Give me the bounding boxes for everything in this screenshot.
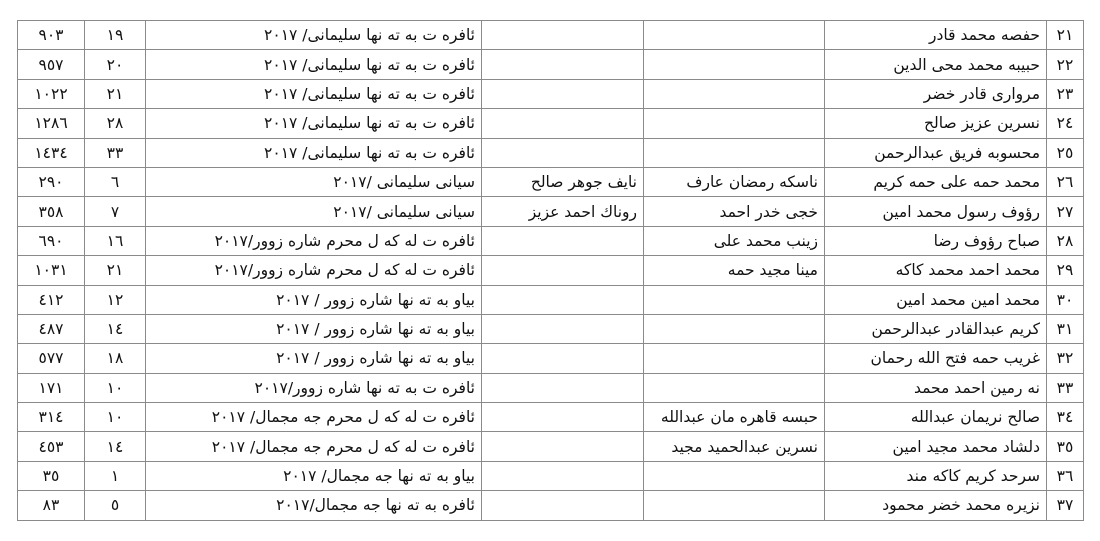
companion-2-cell xyxy=(482,79,644,108)
name-cell: محمد امين محمد امين xyxy=(825,285,1047,314)
table-row: ٤٥٣ ١٤ ئافره ت له كه ل محرم جه مجمال/ ٢٠… xyxy=(18,432,1084,461)
total-cell: ٣٥ xyxy=(18,461,85,490)
table-row: ١٢٨٦ ٢٨ ئافره ت به ته نها سليمانى/ ٢٠١٧ … xyxy=(18,109,1084,138)
companion-1-cell xyxy=(644,50,825,79)
companion-2-cell xyxy=(482,461,644,490)
row-number-cell: ٣٠ xyxy=(1047,285,1084,314)
total-cell: ١٢٨٦ xyxy=(18,109,85,138)
location-cell: ئافره ت له كه ل محرم شاره زوور/٢٠١٧ xyxy=(146,256,482,285)
table-row: ١٠٢٢ ٢١ ئافره ت به ته نها سليمانى/ ٢٠١٧ … xyxy=(18,79,1084,108)
row-number-cell: ٣٧ xyxy=(1047,491,1084,520)
location-cell: ئافره ت له كه ل محرم شاره زوور/٢٠١٧ xyxy=(146,226,482,255)
location-cell: ئافره به ته نها جه مجمال/٢٠١٧ xyxy=(146,491,482,520)
companion-1-cell xyxy=(644,344,825,373)
name-cell: مروارى قادر خضر xyxy=(825,79,1047,108)
table-row: ٣١٤ ١٠ ئافره ت له كه ل محرم جه مجمال/ ٢٠… xyxy=(18,403,1084,432)
count-cell: ١ xyxy=(85,461,146,490)
total-cell: ١٠٣١ xyxy=(18,256,85,285)
name-cell: صباح رؤوف رضا xyxy=(825,226,1047,255)
count-cell: ٢١ xyxy=(85,79,146,108)
count-cell: ١٢ xyxy=(85,285,146,314)
row-number-cell: ٣٦ xyxy=(1047,461,1084,490)
count-cell: ١٨ xyxy=(85,344,146,373)
name-cell: نزيره محمد خضر محمود xyxy=(825,491,1047,520)
name-cell: محسوبه فريق عبدالرحمن xyxy=(825,138,1047,167)
roster-table: ٩٠٣ ١٩ ئافره ت به ته نها سليمانى/ ٢٠١٧ ح… xyxy=(17,20,1084,521)
companion-1-cell xyxy=(644,138,825,167)
companion-1-cell: زينب محمد على xyxy=(644,226,825,255)
companion-1-cell xyxy=(644,285,825,314)
total-cell: ١٤٣٤ xyxy=(18,138,85,167)
companion-2-cell xyxy=(482,403,644,432)
table-row: ٩٠٣ ١٩ ئافره ت به ته نها سليمانى/ ٢٠١٧ ح… xyxy=(18,21,1084,50)
name-cell: غريب حمه فتح الله رحمان xyxy=(825,344,1047,373)
table-row: ١٠٣١ ٢١ ئافره ت له كه ل محرم شاره زوور/٢… xyxy=(18,256,1084,285)
row-number-cell: ٢٣ xyxy=(1047,79,1084,108)
row-number-cell: ٢٩ xyxy=(1047,256,1084,285)
row-number-cell: ٣٣ xyxy=(1047,373,1084,402)
row-number-cell: ٢٨ xyxy=(1047,226,1084,255)
companion-2-cell xyxy=(482,21,644,50)
location-cell: سيانى سليمانى /٢٠١٧ xyxy=(146,167,482,196)
companion-2-cell xyxy=(482,491,644,520)
total-cell: ٩٠٣ xyxy=(18,21,85,50)
location-cell: ئافره ت له كه ل محرم جه مجمال/ ٢٠١٧ xyxy=(146,403,482,432)
location-cell: بياو به ته نها شاره زوور / ٢٠١٧ xyxy=(146,344,482,373)
companion-1-cell xyxy=(644,109,825,138)
companion-2-cell xyxy=(482,226,644,255)
location-cell: ئافره ت به ته نها سليمانى/ ٢٠١٧ xyxy=(146,79,482,108)
companion-1-cell: خجى خدر احمد xyxy=(644,197,825,226)
location-cell: بياو به ته نها شاره زوور / ٢٠١٧ xyxy=(146,285,482,314)
row-number-cell: ٢٤ xyxy=(1047,109,1084,138)
count-cell: ٢٨ xyxy=(85,109,146,138)
companion-2-cell xyxy=(482,344,644,373)
table-row: ١٧١ ١٠ ئافره ت به ته نها شاره زوور/٢٠١٧ … xyxy=(18,373,1084,402)
roster-body: ٩٠٣ ١٩ ئافره ت به ته نها سليمانى/ ٢٠١٧ ح… xyxy=(18,21,1084,521)
row-number-cell: ٣٥ xyxy=(1047,432,1084,461)
table-row: ٤١٢ ١٢ بياو به ته نها شاره زوور / ٢٠١٧ م… xyxy=(18,285,1084,314)
name-cell: محمد حمه على حمه كريم xyxy=(825,167,1047,196)
location-cell: ئافره ت له كه ل محرم جه مجمال/ ٢٠١٧ xyxy=(146,432,482,461)
companion-2-cell xyxy=(482,373,644,402)
location-cell: ئافره ت به ته نها سليمانى/ ٢٠١٧ xyxy=(146,21,482,50)
name-cell: محمد احمد محمد كاكه xyxy=(825,256,1047,285)
total-cell: ١٧١ xyxy=(18,373,85,402)
companion-1-cell xyxy=(644,314,825,343)
count-cell: ١٠ xyxy=(85,373,146,402)
row-number-cell: ٣٤ xyxy=(1047,403,1084,432)
name-cell: حبيبه محمد محى الدين xyxy=(825,50,1047,79)
table-row: ٦٩٠ ١٦ ئافره ت له كه ل محرم شاره زوور/٢٠… xyxy=(18,226,1084,255)
table-row: ٨٣ ٥ ئافره به ته نها جه مجمال/٢٠١٧ نزيره… xyxy=(18,491,1084,520)
table-row: ٩٥٧ ٢٠ ئافره ت به ته نها سليمانى/ ٢٠١٧ ح… xyxy=(18,50,1084,79)
location-cell: بياو به ته نها شاره زوور / ٢٠١٧ xyxy=(146,314,482,343)
companion-2-cell xyxy=(482,432,644,461)
count-cell: ٢١ xyxy=(85,256,146,285)
companion-1-cell: نسرين عبدالحميد مجيد xyxy=(644,432,825,461)
name-cell: سرحد كريم كاكه مند xyxy=(825,461,1047,490)
count-cell: ٣٣ xyxy=(85,138,146,167)
location-cell: ئافره ت به ته نها شاره زوور/٢٠١٧ xyxy=(146,373,482,402)
table-row: ٥٧٧ ١٨ بياو به ته نها شاره زوور / ٢٠١٧ غ… xyxy=(18,344,1084,373)
companion-2-cell: نايف جوهر صالح xyxy=(482,167,644,196)
name-cell: صالح نريمان عبدالله xyxy=(825,403,1047,432)
companion-2-cell xyxy=(482,285,644,314)
name-cell: نسرين عزيز صالح xyxy=(825,109,1047,138)
companion-1-cell: حبسه قاهره مان عبدالله xyxy=(644,403,825,432)
companion-1-cell xyxy=(644,79,825,108)
row-number-cell: ٢٧ xyxy=(1047,197,1084,226)
companion-2-cell xyxy=(482,138,644,167)
table-row: ٣٥ ١ بياو به ته نها جه مجمال/ ٢٠١٧ سرحد … xyxy=(18,461,1084,490)
location-cell: ئافره ت به ته نها سليمانى/ ٢٠١٧ xyxy=(146,50,482,79)
count-cell: ٥ xyxy=(85,491,146,520)
total-cell: ٦٩٠ xyxy=(18,226,85,255)
row-number-cell: ٢٢ xyxy=(1047,50,1084,79)
count-cell: ٢٠ xyxy=(85,50,146,79)
name-cell: كريم عبدالقادر عبدالرحمن xyxy=(825,314,1047,343)
table-row: ١٤٣٤ ٣٣ ئافره ت به ته نها سليمانى/ ٢٠١٧ … xyxy=(18,138,1084,167)
companion-1-cell xyxy=(644,491,825,520)
name-cell: رؤوف رسول محمد امين xyxy=(825,197,1047,226)
total-cell: ٨٣ xyxy=(18,491,85,520)
location-cell: ئافره ت به ته نها سليمانى/ ٢٠١٧ xyxy=(146,138,482,167)
count-cell: ٧ xyxy=(85,197,146,226)
total-cell: ٥٧٧ xyxy=(18,344,85,373)
row-number-cell: ٢١ xyxy=(1047,21,1084,50)
total-cell: ٤٥٣ xyxy=(18,432,85,461)
table-row: ٢٩٠ ٦ سيانى سليمانى /٢٠١٧ نايف جوهر صالح… xyxy=(18,167,1084,196)
row-number-cell: ٢٦ xyxy=(1047,167,1084,196)
location-cell: بياو به ته نها جه مجمال/ ٢٠١٧ xyxy=(146,461,482,490)
count-cell: ١٦ xyxy=(85,226,146,255)
row-number-cell: ٣١ xyxy=(1047,314,1084,343)
companion-2-cell: روناك احمد عزيز xyxy=(482,197,644,226)
companion-1-cell xyxy=(644,21,825,50)
companion-1-cell: ناسكه رمضان عارف xyxy=(644,167,825,196)
total-cell: ٤٨٧ xyxy=(18,314,85,343)
count-cell: ١٤ xyxy=(85,432,146,461)
total-cell: ٩٥٧ xyxy=(18,50,85,79)
total-cell: ٣٥٨ xyxy=(18,197,85,226)
name-cell: دلشاد محمد مجيد امين xyxy=(825,432,1047,461)
location-cell: ئافره ت به ته نها سليمانى/ ٢٠١٧ xyxy=(146,109,482,138)
total-cell: ١٠٢٢ xyxy=(18,79,85,108)
companion-1-cell: مينا مجيد حمه xyxy=(644,256,825,285)
row-number-cell: ٢٥ xyxy=(1047,138,1084,167)
companion-2-cell xyxy=(482,314,644,343)
total-cell: ٢٩٠ xyxy=(18,167,85,196)
companion-2-cell xyxy=(482,256,644,285)
companion-2-cell xyxy=(482,109,644,138)
table-row: ٤٨٧ ١٤ بياو به ته نها شاره زوور / ٢٠١٧ ك… xyxy=(18,314,1084,343)
row-number-cell: ٣٢ xyxy=(1047,344,1084,373)
companion-1-cell xyxy=(644,461,825,490)
count-cell: ١٤ xyxy=(85,314,146,343)
total-cell: ٤١٢ xyxy=(18,285,85,314)
companion-1-cell xyxy=(644,373,825,402)
location-cell: سيانى سليمانى /٢٠١٧ xyxy=(146,197,482,226)
name-cell: نه رمين احمد محمد xyxy=(825,373,1047,402)
count-cell: ١٩ xyxy=(85,21,146,50)
table-row: ٣٥٨ ٧ سيانى سليمانى /٢٠١٧ روناك احمد عزي… xyxy=(18,197,1084,226)
name-cell: حفصه محمد قادر xyxy=(825,21,1047,50)
total-cell: ٣١٤ xyxy=(18,403,85,432)
companion-2-cell xyxy=(482,50,644,79)
count-cell: ٦ xyxy=(85,167,146,196)
count-cell: ١٠ xyxy=(85,403,146,432)
